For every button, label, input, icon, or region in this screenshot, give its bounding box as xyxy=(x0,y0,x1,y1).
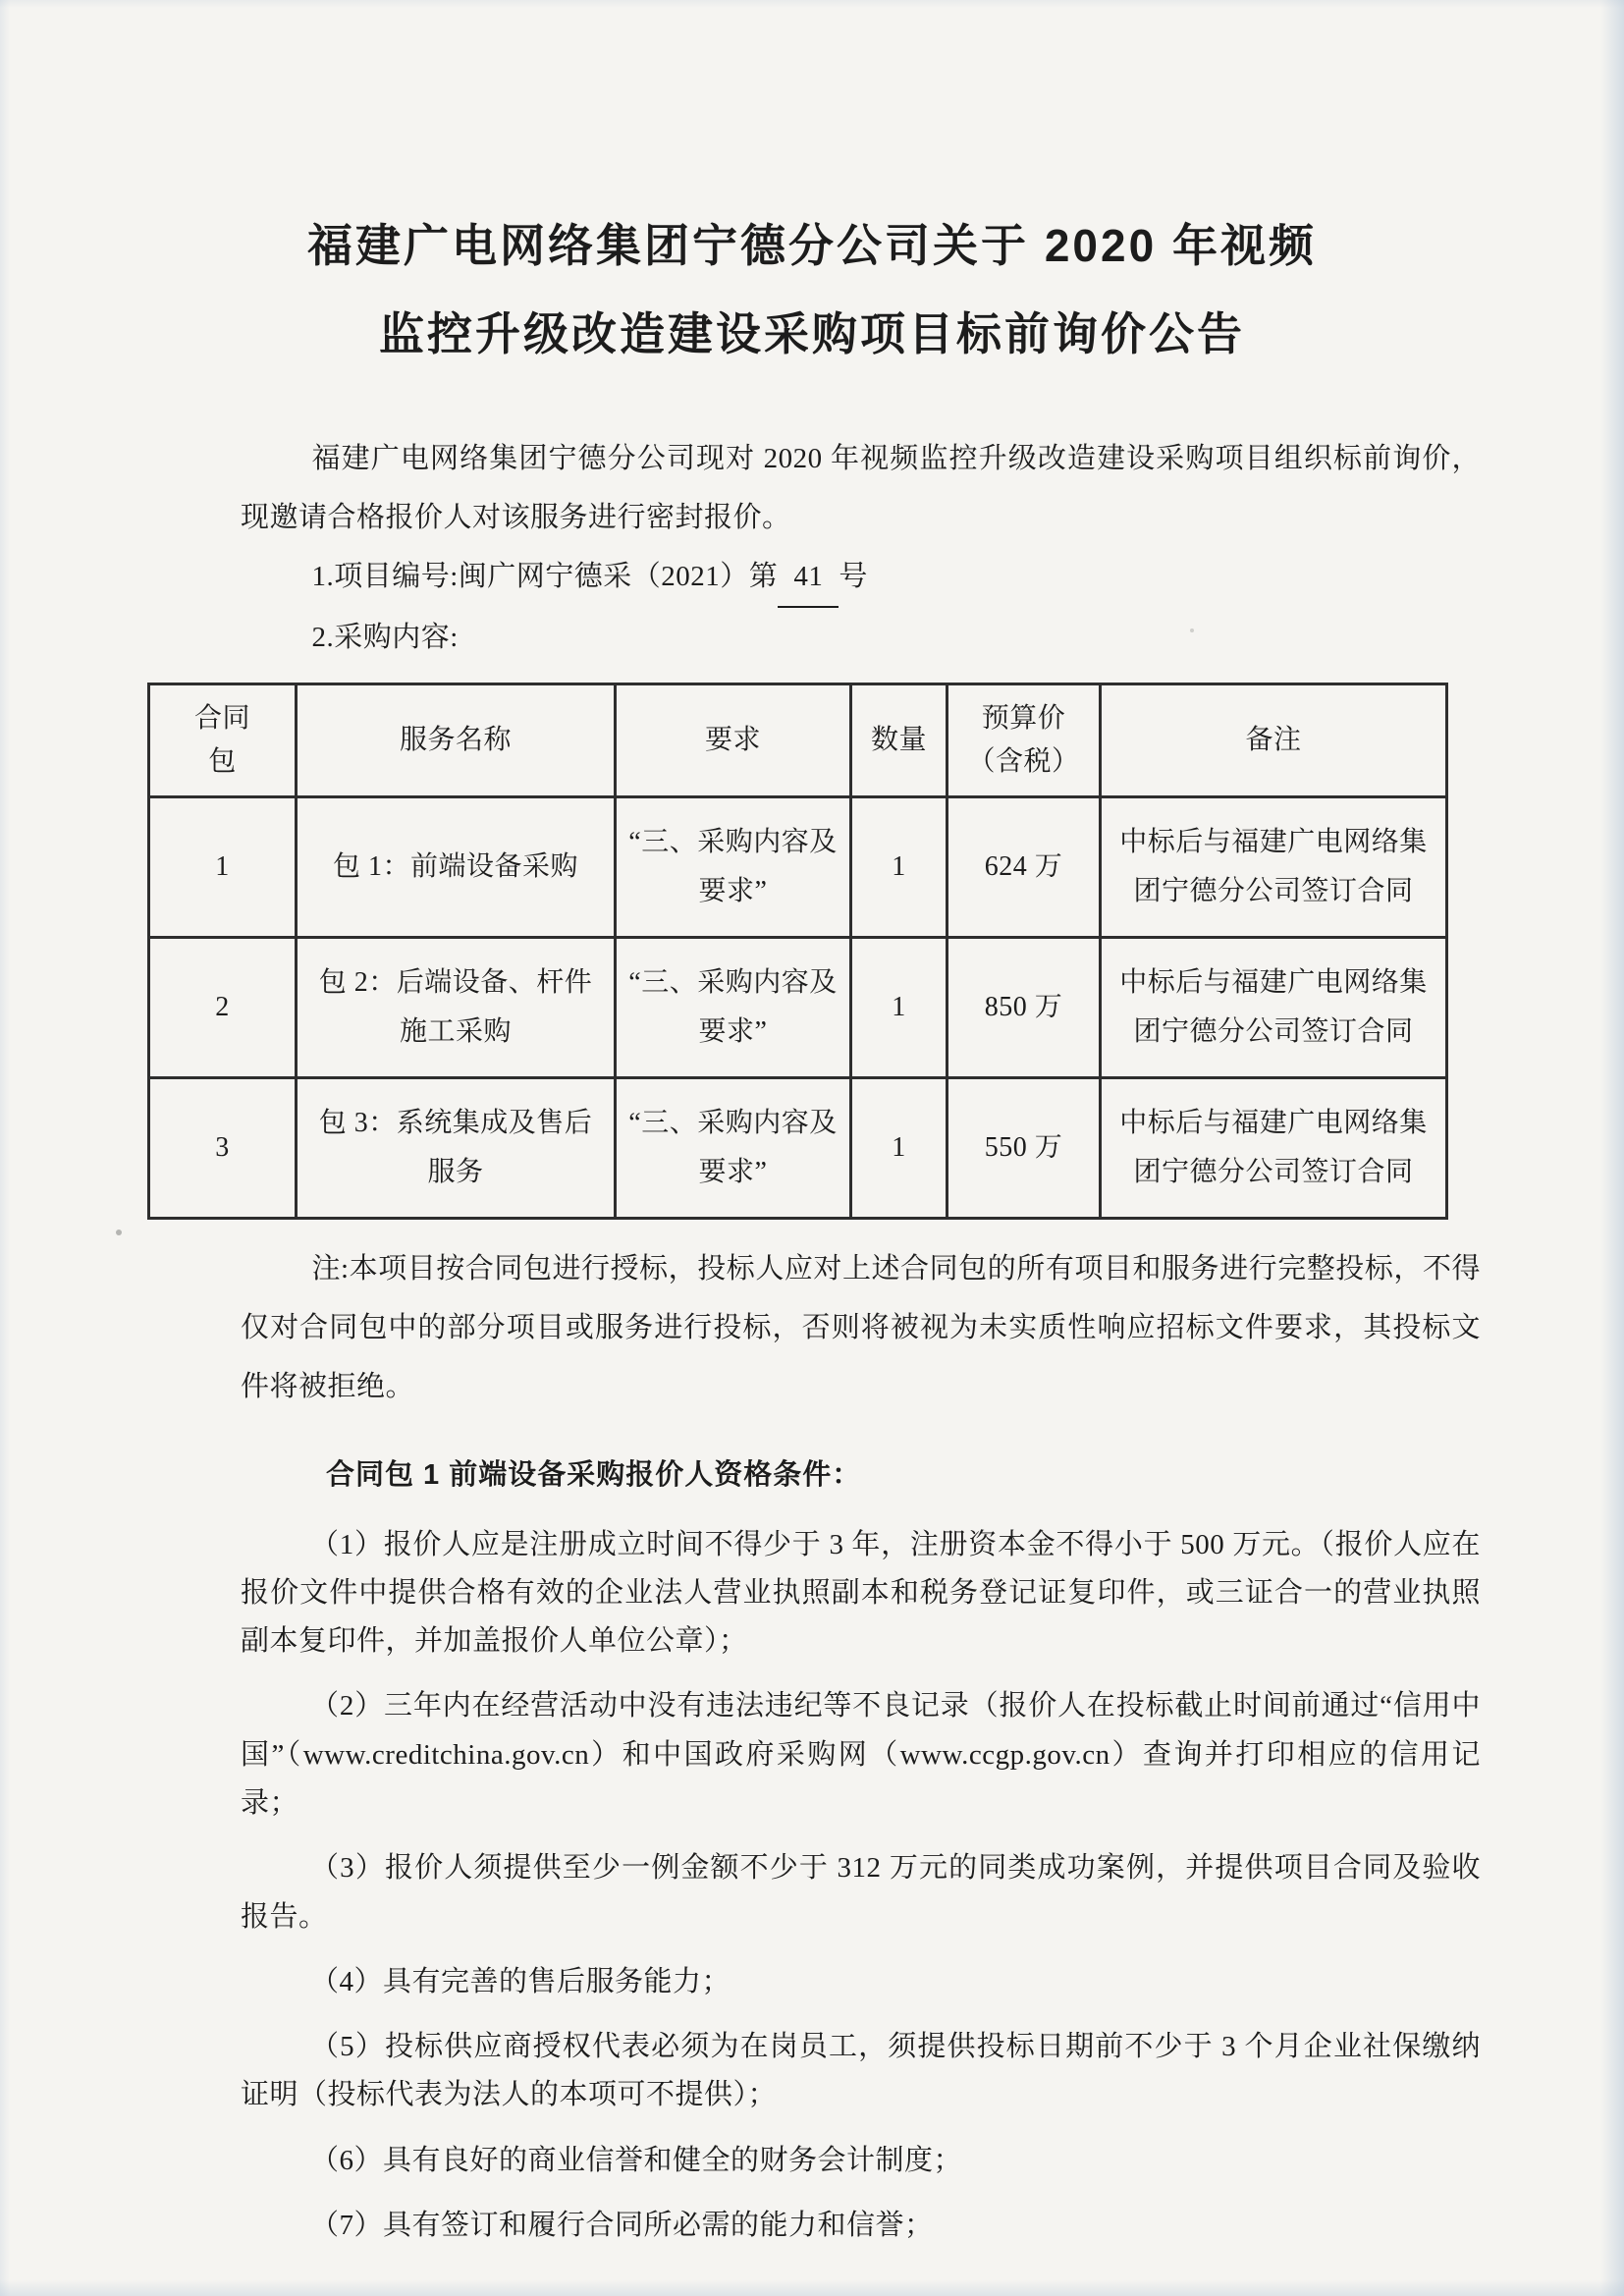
cell-requirement: “三、采购内容及要求” xyxy=(616,1078,851,1219)
project-number-suffix: 号 xyxy=(839,561,868,592)
note-paragraph: 注:本项目按合同包进行授标，投标人应对上述合同包的所有项目和服务进行完整投标，不… xyxy=(241,1239,1481,1416)
document-title-line-2: 监控升级改造建设采购项目标前询价公告 xyxy=(108,291,1516,379)
table-row: 3 包 3：系统集成及售后服务 “三、采购内容及要求” 1 550 万 中标后与… xyxy=(149,1078,1447,1219)
cell-package-no: 3 xyxy=(149,1078,297,1219)
cell-remark: 中标后与福建广电网络集团宁德分公司签订合同 xyxy=(1101,1078,1447,1219)
cell-service-name: 包 3：系统集成及售后服务 xyxy=(297,1078,616,1219)
col-header-remark: 备注 xyxy=(1101,684,1447,797)
table-row: 1 包 1：前端设备采购 “三、采购内容及要求” 1 624 万 中标后与福建广… xyxy=(149,797,1447,938)
qualification-item-1: （1）报价人应是注册成立时间不得少于 3 年，注册资本金不得小于 500 万元。… xyxy=(241,1521,1481,1667)
document-page: 福建广电网络集团宁德分公司关于 2020 年视频 监控升级改造建设采购项目标前询… xyxy=(0,0,1624,2296)
cell-service-name: 包 2：后端设备、杆件施工采购 xyxy=(297,938,616,1078)
document-title: 福建广电网络集团宁德分公司关于 2020 年视频 监控升级改造建设采购项目标前询… xyxy=(108,202,1516,378)
cell-requirement: “三、采购内容及要求” xyxy=(616,797,851,938)
cell-requirement: “三、采购内容及要求” xyxy=(616,938,851,1078)
col-header-package-label: 合同包 xyxy=(189,697,255,786)
cell-budget: 850 万 xyxy=(947,938,1101,1078)
project-number-line: 1.项目编号:闽广网宁德采（2021）第41号 xyxy=(241,547,1481,608)
cell-budget: 624 万 xyxy=(947,797,1101,938)
cell-package-no: 2 xyxy=(149,938,297,1078)
qualification-item-2: （2）三年内在经营活动中没有违法违纪等不良记录（报价人在投标截止时间前通过“信用… xyxy=(241,1682,1481,1828)
qualification-item-3: （3）报价人须提供至少一例金额不少于 312 万元的同类成功案例，并提供项目合同… xyxy=(241,1844,1481,1941)
table-row: 2 包 2：后端设备、杆件施工采购 “三、采购内容及要求” 1 850 万 中标… xyxy=(149,938,1447,1078)
cell-budget: 550 万 xyxy=(947,1078,1101,1219)
qualification-item-5: （5）投标供应商授权代表必须为在岗员工，须提供投标日期前不少于 3 个月企业社保… xyxy=(241,2023,1481,2120)
col-header-budget: 预算价 （含税） xyxy=(947,684,1101,797)
project-number-value: 41 xyxy=(778,547,839,608)
qualification-item-7: （7）具有签订和履行合同所必需的能力和信誉； xyxy=(241,2202,1481,2250)
col-header-budget-line1: 预算价 xyxy=(960,697,1087,741)
cell-qty: 1 xyxy=(851,1078,947,1219)
procurement-table: 合同包 服务名称 要求 数量 预算价 （含税） 备注 1 包 1：前端设备采购 … xyxy=(147,683,1448,1220)
col-header-budget-line2: （含税） xyxy=(960,740,1087,785)
scan-speck xyxy=(1190,629,1194,632)
col-header-service: 服务名称 xyxy=(297,684,616,797)
cell-package-no: 1 xyxy=(149,797,297,938)
document-title-line-1: 福建广电网络集团宁德分公司关于 2020 年视频 xyxy=(108,202,1516,291)
qualification-heading: 合同包 1 前端设备采购报价人资格条件： xyxy=(241,1446,1481,1504)
col-header-requirement: 要求 xyxy=(616,684,851,797)
qualification-item-6: （6）具有良好的商业信誉和健全的财务会计制度； xyxy=(241,2137,1481,2185)
table-header-row: 合同包 服务名称 要求 数量 预算价 （含税） 备注 xyxy=(149,684,1447,797)
project-number-prefix: 1.项目编号:闽广网宁德采（2021）第 xyxy=(312,561,779,592)
intro-paragraph: 福建广电网络集团宁德分公司现对 2020 年视频监控升级改造建设采购项目组织标前… xyxy=(241,429,1481,547)
col-header-qty: 数量 xyxy=(851,684,947,797)
procurement-content-line: 2.采购内容: xyxy=(241,608,1481,667)
cell-remark: 中标后与福建广电网络集团宁德分公司签订合同 xyxy=(1101,938,1447,1078)
cell-remark: 中标后与福建广电网络集团宁德分公司签订合同 xyxy=(1101,797,1447,938)
qualification-item-4: （4）具有完善的售后服务能力； xyxy=(241,1958,1481,2006)
scan-speck xyxy=(116,1230,122,1235)
cell-qty: 1 xyxy=(851,938,947,1078)
cell-service-name: 包 1：前端设备采购 xyxy=(297,797,616,938)
cell-qty: 1 xyxy=(851,797,947,938)
col-header-package: 合同包 xyxy=(149,684,297,797)
